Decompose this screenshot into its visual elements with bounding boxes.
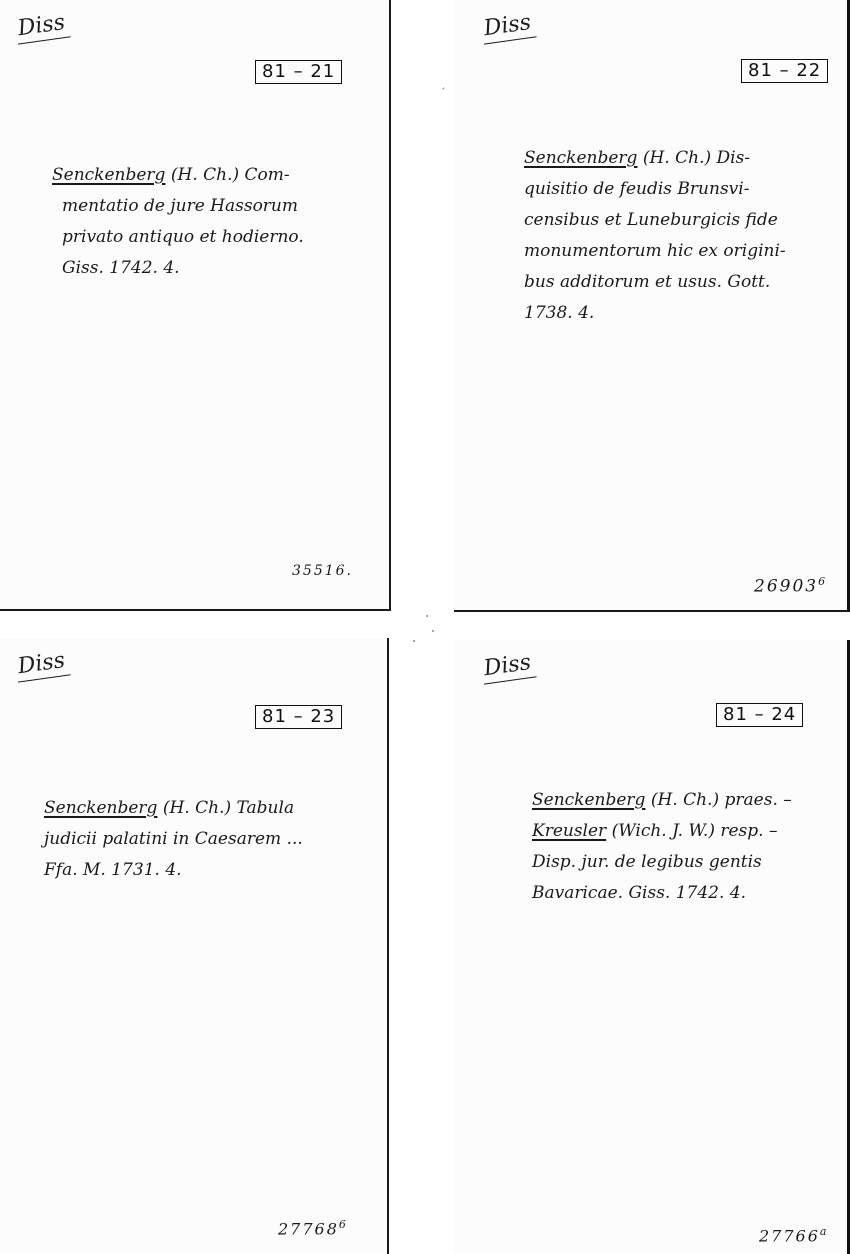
entry-line-1: Senckenberg (H. Ch.) Tabula	[44, 793, 303, 824]
catalog-entry: Senckenberg (H. Ch.) Tabula judicii pala…	[44, 793, 303, 886]
entry-line-2: judicii palatini in Caesarem ...	[44, 824, 303, 855]
scan-speck	[426, 615, 428, 617]
entry-line-2: Kreusler (Wich. J. W.) resp. –	[532, 816, 792, 847]
entry-line-3: privato antiquo et hodierno.	[52, 222, 304, 253]
accession-value: 26903	[754, 577, 818, 597]
entry-line-2: quisitio de feudis Brunsvi-	[524, 174, 786, 205]
accession-number: 277686	[278, 1218, 348, 1238]
entry-line-5: bus additorum et usus. Gott.	[524, 267, 786, 298]
entry-line-3: Ffa. M. 1731. 4.	[44, 855, 303, 886]
entry-line-4: Giss. 1742. 4.	[52, 253, 304, 284]
diss-label: Diss	[480, 650, 537, 684]
accession-number: 269036	[754, 575, 827, 597]
accession-suffix: a	[820, 1225, 829, 1238]
entry-line-2: mentatio de jure Hassorum	[52, 191, 304, 222]
catalog-card-81-21: Diss 81 – 21 Senckenberg (H. Ch.) Com- m…	[0, 0, 391, 611]
author-name: Senckenberg	[52, 165, 165, 185]
entry-text: (H. Ch.) Com-	[171, 165, 290, 185]
catalog-card-81-24: Diss 81 – 24 Senckenberg (H. Ch.) praes.…	[454, 640, 850, 1254]
diss-label: Diss	[14, 648, 71, 682]
diss-label: Diss	[14, 10, 71, 44]
entry-line-1: Senckenberg (H. Ch.) praes. –	[532, 785, 792, 816]
author-name: Senckenberg	[532, 790, 645, 810]
accession-suffix: 6	[339, 1218, 348, 1231]
scan-speck	[413, 640, 415, 642]
accession-value: 27768	[278, 1219, 339, 1238]
entry-line-1: Senckenberg (H. Ch.) Dis-	[524, 143, 786, 174]
diss-label: Diss	[480, 10, 537, 44]
catalog-card-81-23: Diss 81 – 23 Senckenberg (H. Ch.) Tabula…	[0, 638, 389, 1254]
entry-line-3: censibus et Luneburgicis fide	[524, 205, 786, 236]
entry-text: (H. Ch.) Tabula	[163, 798, 294, 818]
entry-text: (Wich. J. W.) resp. –	[612, 821, 778, 841]
accession-value: 27766	[759, 1226, 820, 1245]
scan-speck	[432, 630, 434, 632]
shelfmark-box: 81 – 22	[741, 59, 828, 83]
author-name: Senckenberg	[524, 148, 637, 168]
catalog-entry: Senckenberg (H. Ch.) praes. – Kreusler (…	[532, 785, 792, 909]
accession-suffix: 6	[818, 575, 827, 588]
entry-line-1: Senckenberg (H. Ch.) Com-	[52, 160, 304, 191]
co-author-name: Kreusler	[532, 821, 606, 841]
catalog-entry: Senckenberg (H. Ch.) Com- mentatio de ju…	[52, 160, 304, 284]
entry-line-3: Disp. jur. de legibus gentis	[532, 847, 792, 878]
entry-text: (H. Ch.) praes. –	[651, 790, 792, 810]
catalog-entry: Senckenberg (H. Ch.) Dis- quisitio de fe…	[524, 143, 786, 329]
author-name: Senckenberg	[44, 798, 157, 818]
entry-text: (H. Ch.) Dis-	[643, 148, 750, 168]
shelfmark-box: 81 – 21	[255, 60, 342, 84]
entry-line-4: Bavaricae. Giss. 1742. 4.	[532, 878, 792, 909]
accession-value: 35516.	[292, 563, 353, 579]
scan-speck	[442, 87, 445, 90]
catalog-card-81-22: Diss 81 – 22 Senckenberg (H. Ch.) Dis- q…	[454, 0, 850, 612]
accession-number: 35516.	[292, 563, 353, 579]
shelfmark-box: 81 – 23	[255, 705, 342, 729]
entry-line-6: 1738. 4.	[524, 298, 786, 329]
shelfmark-box: 81 – 24	[716, 703, 803, 727]
accession-number: 27766a	[759, 1225, 828, 1245]
entry-line-4: monumentorum hic ex origini-	[524, 236, 786, 267]
